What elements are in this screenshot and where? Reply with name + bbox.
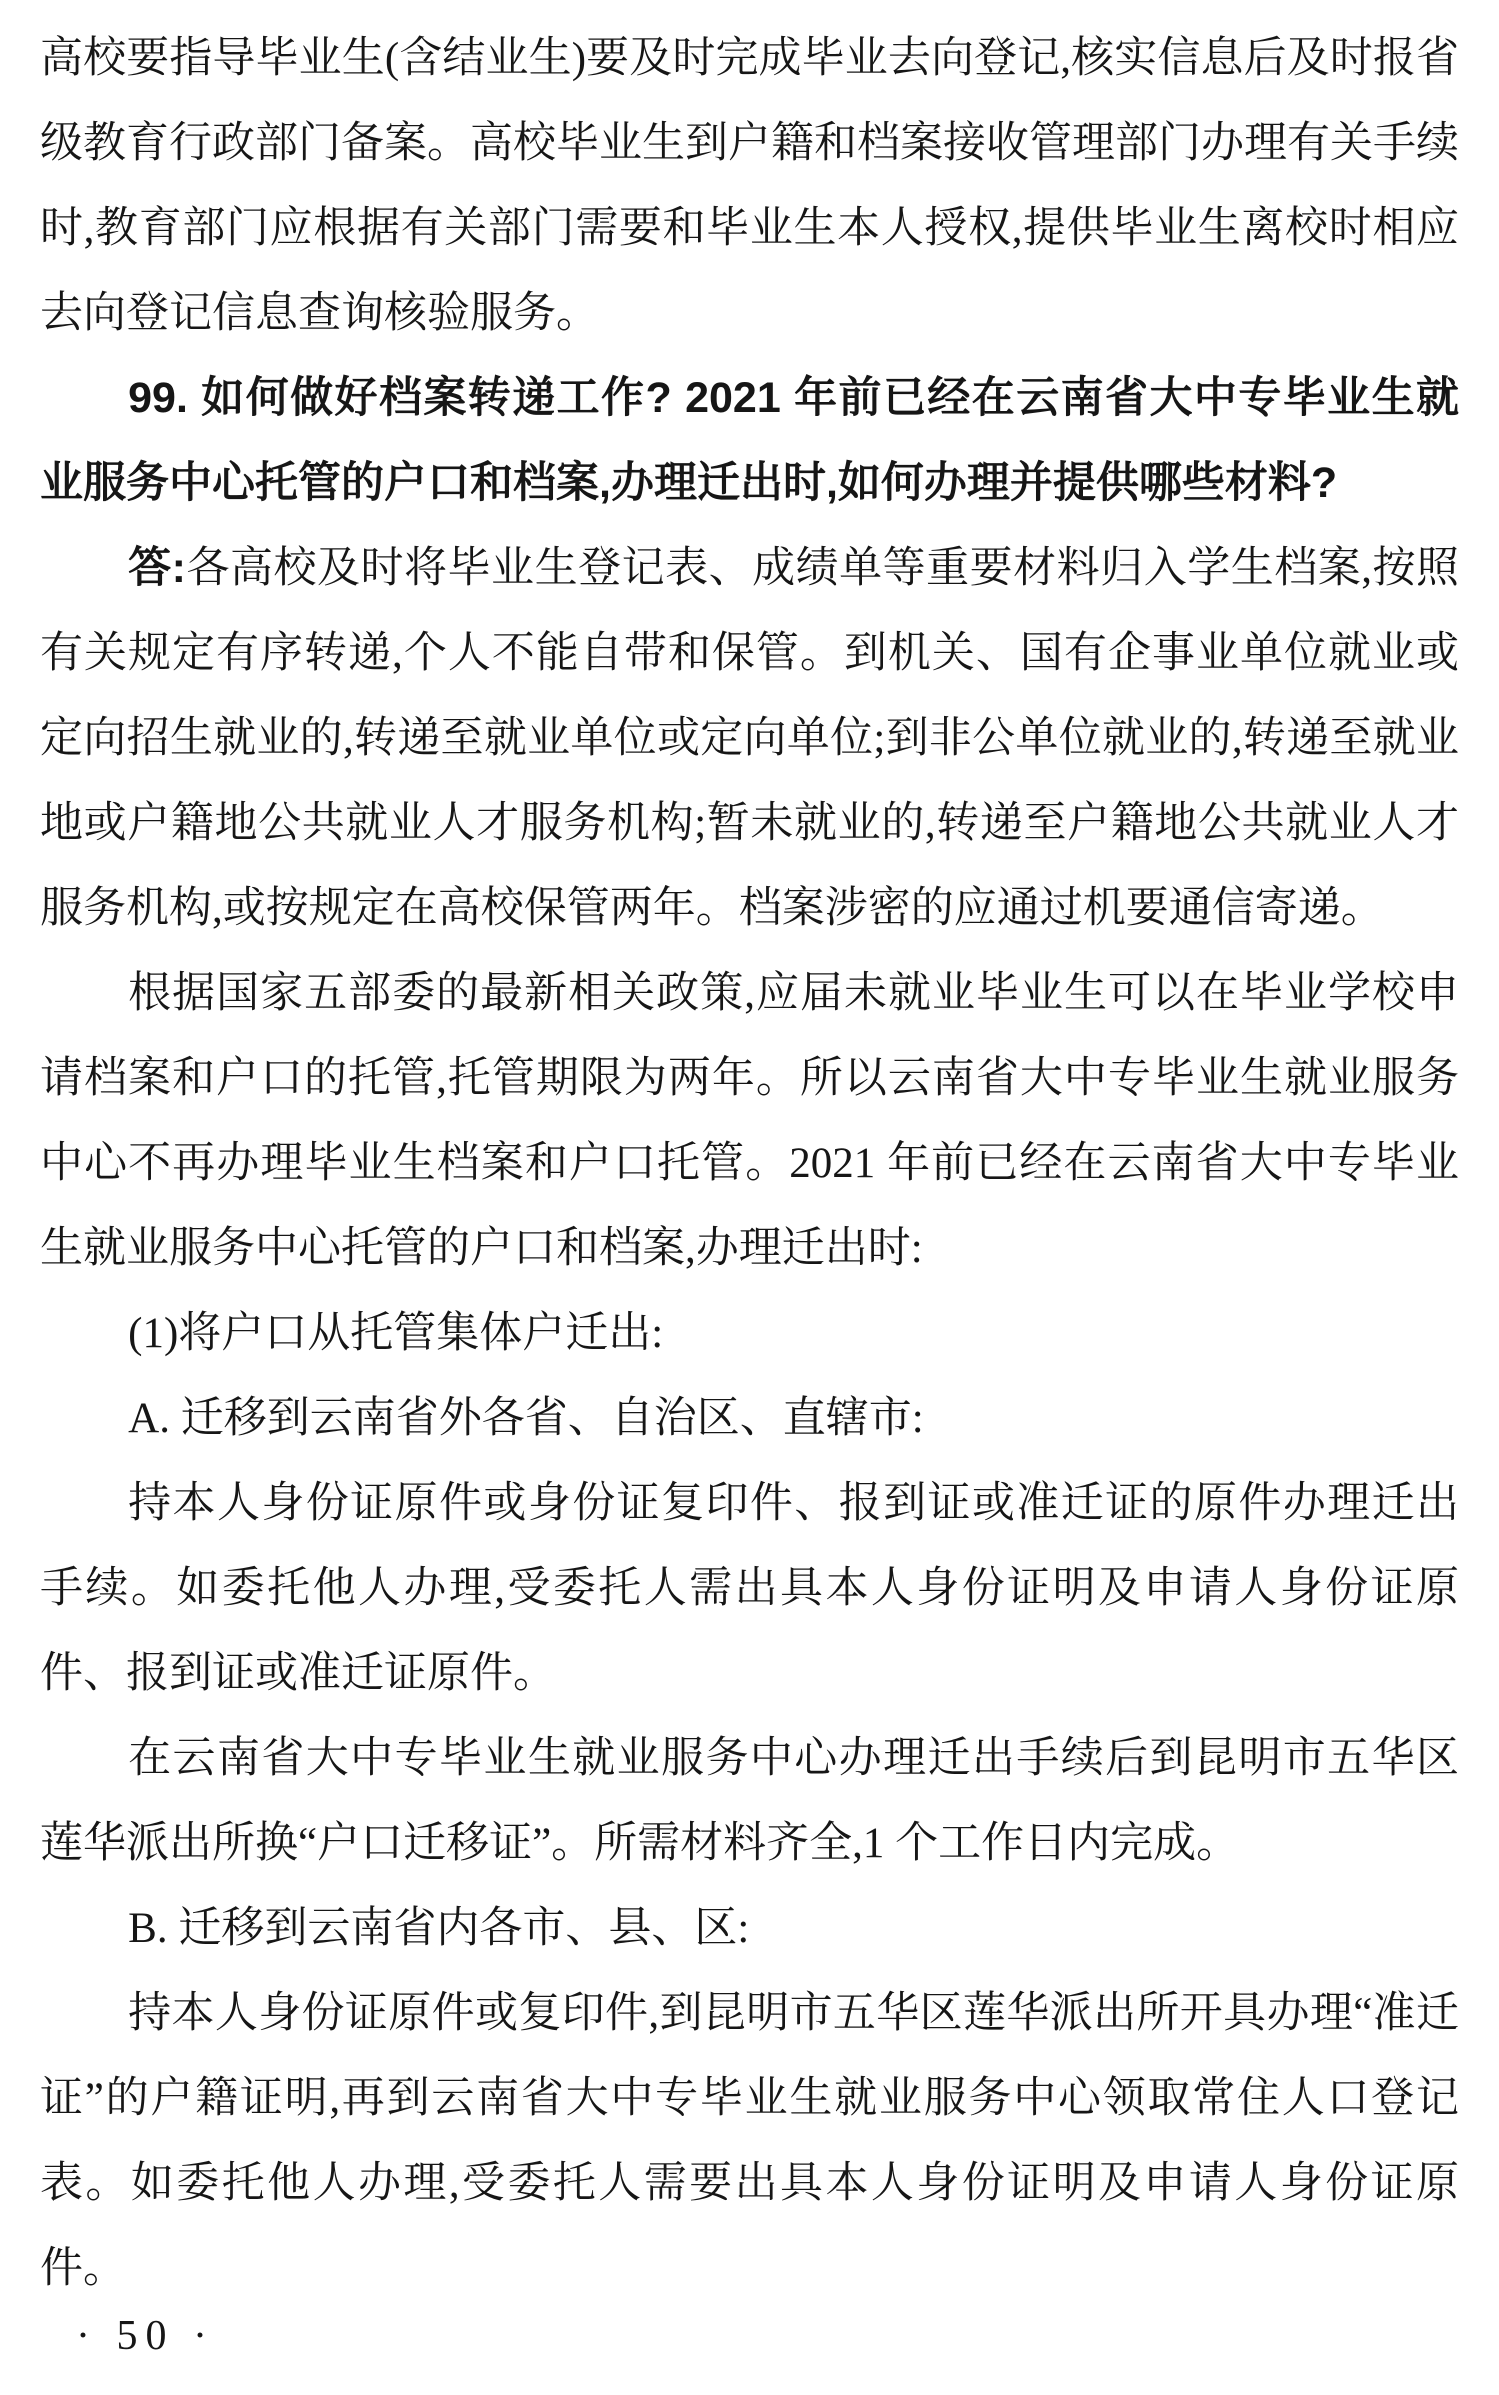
paragraph-item-1: (1)将户口从托管集体户迁出: [40, 1291, 1459, 1376]
answer-label: 答: [128, 544, 186, 592]
paragraph-item-a-detail: 持本人身份证原件或身份证复印件、报到证或准迁证的原件办理迁出手续。如委托他人办理… [40, 1461, 1459, 1716]
document-page: 高校要指导毕业生(含结业生)要及时完成毕业去向登记,核实信息后及时报省级教育行政… [0, 0, 1499, 2395]
paragraph-item-b-detail: 持本人身份证原件或复印件,到昆明市五华区莲华派出所开具办理“准迁证”的户籍证明,… [40, 1971, 1459, 2311]
answer-text: 各高校及时将毕业生登记表、成绩单等重要材料归入学生档案,按照有关规定有序转递,个… [40, 545, 1459, 932]
paragraph-item-b: B. 迁移到云南省内各市、县、区: [40, 1886, 1459, 1971]
answer-paragraph: 答:各高校及时将毕业生登记表、成绩单等重要材料归入学生档案,按照有关规定有序转递… [40, 526, 1459, 951]
paragraph-policy: 根据国家五部委的最新相关政策,应届未就业毕业生可以在毕业学校申请档案和户口的托管… [40, 951, 1459, 1291]
paragraph-item-a: A. 迁移到云南省外各省、自治区、直辖市: [40, 1376, 1459, 1461]
paragraph-continuation: 高校要指导毕业生(含结业生)要及时完成毕业去向登记,核实信息后及时报省级教育行政… [40, 16, 1459, 356]
paragraph-item-a-procedure: 在云南省大中专毕业生就业服务中心办理迁出手续后到昆明市五华区莲华派出所换“户口迁… [40, 1716, 1459, 1886]
page-body-text: 高校要指导毕业生(含结业生)要及时完成毕业去向登记,核实信息后及时报省级教育行政… [40, 16, 1459, 2311]
page-number: · 50 · [76, 2315, 215, 2357]
question-99: 99. 如何做好档案转递工作? 2021 年前已经在云南省大中专毕业生就业服务中… [40, 356, 1459, 526]
